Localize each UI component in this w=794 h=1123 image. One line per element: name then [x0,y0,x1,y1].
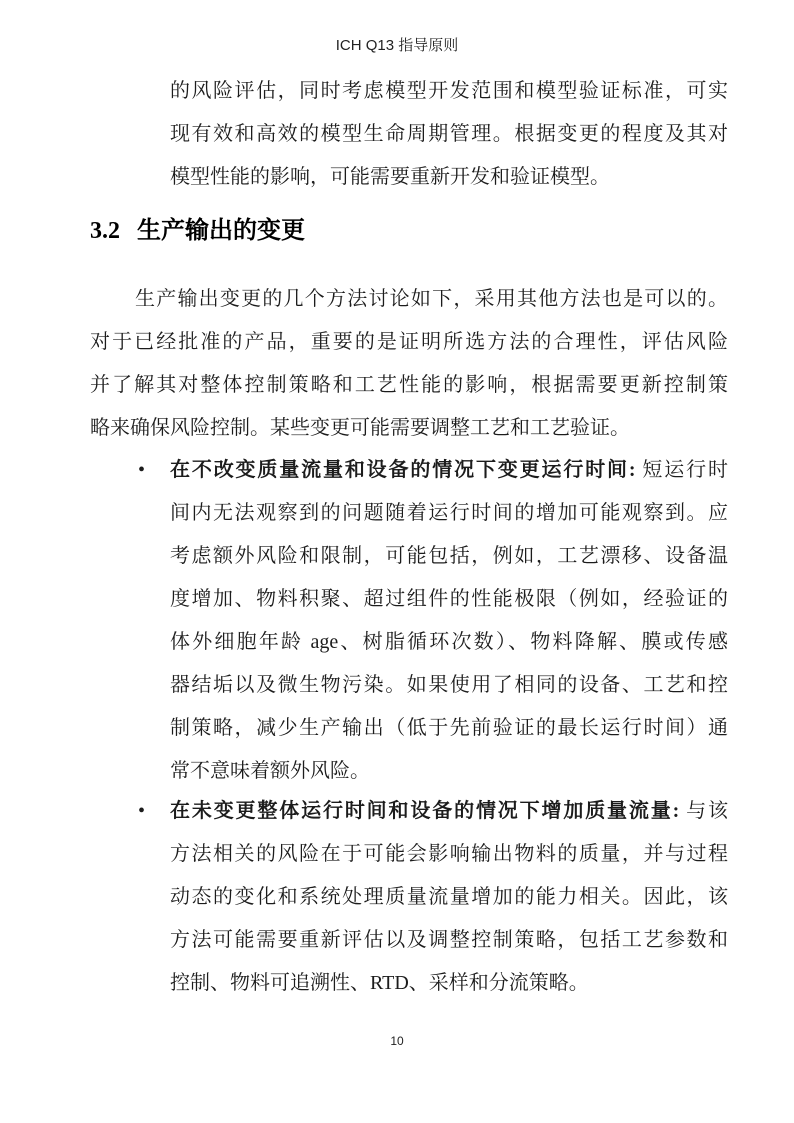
bullet-line: 间内无法观察到的问题随着运行时间的增加可能观察到。应 [170,492,728,535]
intro-paragraph: 的风险评估，同时考虑模型开发范围和模型验证标准，可实 现有效和高效的模型生命周期… [170,70,728,199]
bullet-line: 动态的变化和系统处理质量流量增加的能力相关。因此，该 [170,876,728,919]
bullet-line: 常不意味着额外风险。 [170,750,728,793]
paragraph-line: 并了解其对整体控制策略和工艺性能的影响，根据需要更新控制策 [90,364,728,407]
bullet-lead-rest: 短运行时 [636,459,728,481]
bullet-line: 方法相关的风险在于可能会影响输出物料的质量，并与过程 [170,833,728,876]
page-header-title: ICH Q13 指导原则 [0,34,794,55]
bullet-text: 在不改变质量流量和设备的情况下变更运行时间: 短运行时 间内无法观察到的问题随着… [170,449,728,793]
bullet-line: 在不改变质量流量和设备的情况下变更运行时间: 短运行时 [170,449,728,492]
bullet-line: 制策略，减少生产输出（低于先前验证的最长运行时间）通 [170,707,728,750]
bullet-text: 在未变更整体运行时间和设备的情况下增加质量流量: 与该 方法相关的风险在于可能会… [170,790,728,1005]
bullet-marker: • [138,449,145,492]
bullet-line: 方法可能需要重新评估以及调整控制策略，包括工艺参数和 [170,919,728,962]
bullet-item: • 在不改变质量流量和设备的情况下变更运行时间: 短运行时 间内无法观察到的问题… [90,449,728,793]
bullet-line: 考虑额外风险和限制，可能包括，例如，工艺漂移、设备温 [170,535,728,578]
bullet-line: 器结垢以及微生物污染。如果使用了相同的设备、工艺和控 [170,664,728,707]
page-number: 10 [0,1034,794,1048]
bullet-line: 在未变更整体运行时间和设备的情况下增加质量流量: 与该 [170,790,728,833]
bullet-bold-lead: 在不改变质量流量和设备的情况下变更运行时间: [170,459,636,481]
paragraph-line: 现有效和高效的模型生命周期管理。根据变更的程度及其对 [170,113,728,156]
document-page: { "header": { "title": "ICH Q13 指导原则" },… [0,0,794,1123]
bullet-lead-rest: 与该 [679,800,728,822]
paragraph-line: 生产输出变更的几个方法讨论如下，采用其他方法也是可以的。 [90,278,728,321]
bullet-bold-lead: 在未变更整体运行时间和设备的情况下增加质量流量: [170,800,679,822]
section-title: 生产输出的变更 [137,218,305,244]
bullet-line: 度增加、物料积聚、超过组件的性能极限（例如，经验证的 [170,578,728,621]
paragraph-line: 模型性能的影响，可能需要重新开发和验证模型。 [170,156,728,199]
paragraph-line: 的风险评估，同时考虑模型开发范围和模型验证标准，可实 [170,70,728,113]
bullet-line: 体外细胞年龄 age、树脂循环次数）、物料降解、膜或传感 [170,621,728,664]
bullet-item: • 在未变更整体运行时间和设备的情况下增加质量流量: 与该 方法相关的风险在于可… [90,790,728,1005]
section-number: 3.2 [90,218,120,244]
bullet-line: 控制、物料可追溯性、RTD、采样和分流策略。 [170,962,728,1005]
paragraph-line: 对于已经批准的产品，重要的是证明所选方法的合理性，评估风险 [90,321,728,364]
bullet-marker: • [138,790,145,833]
section-heading: 3.2生产输出的变更 [90,215,728,247]
body-paragraph: 生产输出变更的几个方法讨论如下，采用其他方法也是可以的。 对于已经批准的产品，重… [90,278,728,450]
paragraph-line: 略来确保风险控制。某些变更可能需要调整工艺和工艺验证。 [90,407,728,450]
